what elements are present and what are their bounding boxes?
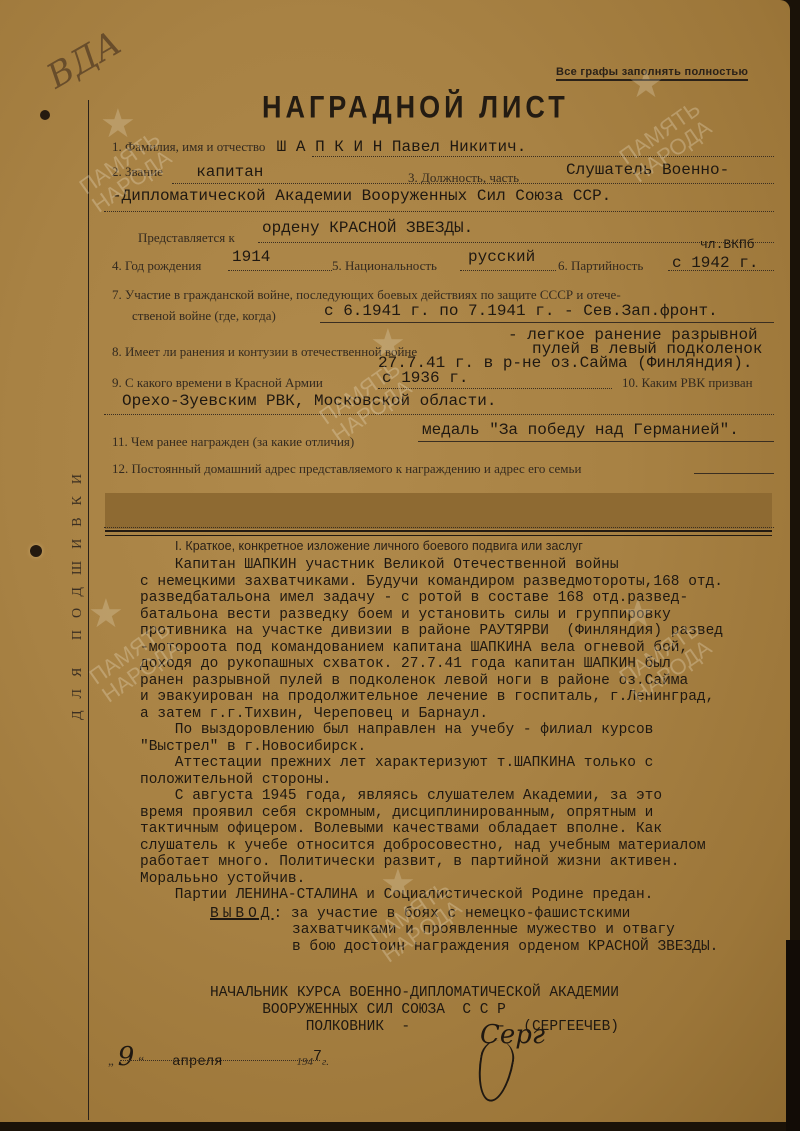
watermark-text: НАРОДА xyxy=(88,145,176,216)
field-value: -Дипломатической Академии Вооруженных Си… xyxy=(112,187,611,205)
field-label: 7. Участие в гражданской войне, последую… xyxy=(112,287,621,302)
field-position-continuation: -Дипломатической Академии Вооруженных Си… xyxy=(112,187,611,205)
field-value: с 6.1941 г. по 7.1941 г. - Сев.Зап.фронт… xyxy=(324,302,718,320)
body-line: "Выстрел" в г.Новосибирск. xyxy=(140,739,800,756)
body-line: Капитан ШАПКИН участник Великой Отечеств… xyxy=(140,557,800,574)
body-line: Аттестации прежних лет характеризуют т.Ш… xyxy=(140,755,800,772)
field-war-participation-value: с 6.1941 г. по 7.1941 г. - Сев.Зап.фронт… xyxy=(324,302,718,320)
field-value: Орехо-Зуевским РВК, Московской области. xyxy=(122,392,496,410)
field-label: 4. Год рождения xyxy=(112,258,201,273)
field-nationality: 5. Национальность xyxy=(332,258,437,274)
date-day: 9 xyxy=(118,1042,135,1072)
section-title: I. Краткое, конкретное изложение личного… xyxy=(175,539,583,553)
fill-line xyxy=(694,473,774,474)
conclusion-line: в бою достоин награждения орденом КРАСНО… xyxy=(292,939,800,956)
field-previous-awards: 11. Чем ранее награжден (за какие отличи… xyxy=(112,434,354,450)
fill-line xyxy=(172,183,774,184)
field-value: чл.ВКПб xyxy=(700,237,755,252)
fill-line xyxy=(120,1060,320,1061)
fill-line xyxy=(104,414,774,415)
field-label: ственой войне (где, когда) xyxy=(132,308,276,323)
page-title: НАГРАДНОЙ ЛИСТ xyxy=(262,90,569,126)
fill-line xyxy=(228,270,332,271)
body-line: противника на участке дивизии в районе Р… xyxy=(140,623,800,640)
field-birth-year-value: 1914 xyxy=(232,248,270,266)
date-g: г. xyxy=(322,1056,329,1068)
redacted-address xyxy=(105,493,772,529)
field-value: капитан xyxy=(196,163,263,181)
field-nominated-value: ордену КРАСНОЙ ЗВЕЗДЫ. xyxy=(262,219,473,237)
body-line: положительной стороны. xyxy=(140,772,800,789)
fill-line xyxy=(460,270,556,271)
fill-line xyxy=(104,527,774,528)
watermark-text: ПАМЯТЬ xyxy=(616,97,704,168)
body-line: Партии ЛЕНИНА-СТАЛИНА и Социалистической… xyxy=(140,887,800,904)
field-value: 1914 xyxy=(232,248,270,266)
body-line: Моралььно устойчив. xyxy=(140,871,800,888)
field-value: ордену КРАСНОЙ ЗВЕЗДЫ. xyxy=(262,219,473,237)
fill-line xyxy=(104,211,774,212)
date-quote: „ xyxy=(108,1053,114,1068)
instruction-note: Все графы заполнять полностью xyxy=(556,66,748,81)
body-line: По выздоровлению был направлен на учебу … xyxy=(140,722,800,739)
body-line: ранен разрывной пулей в подколенок левой… xyxy=(140,673,800,690)
body-line: и эвакуирован на продолжительное лечение… xyxy=(140,689,800,706)
handwritten-initials: ВДА xyxy=(40,23,128,97)
body-line: тактичным офицером. Волевыми качествами … xyxy=(140,821,800,838)
conclusion-colon: : xyxy=(274,906,291,922)
field-rank: 2. Звание капитан xyxy=(112,163,263,181)
body-line: время проявил себя скромным, дисциплинир… xyxy=(140,805,800,822)
body-line: -мотороота под командованием капитана ША… xyxy=(140,640,800,657)
field-nominated-for: Представляется к xyxy=(138,230,235,246)
body-line: С августа 1945 года, являясь слушателем … xyxy=(140,788,800,805)
fill-line xyxy=(668,270,774,271)
field-war-participation-2: ственой войне (где, когда) xyxy=(132,308,276,324)
field-label: 11. Чем ранее награжден (за какие отличи… xyxy=(112,434,354,449)
section-divider xyxy=(105,535,772,536)
field-full-name: 1. Фамилия, имя и отчество Ш А П К И Н П… xyxy=(112,138,526,156)
binding-margin-label: ДЛЯ ПОДШИВКИ xyxy=(70,462,86,720)
fill-line xyxy=(258,242,774,243)
field-position-value: Слушатель Военно- xyxy=(566,161,729,179)
body-line: с немецкими захватчиками. Будучи команди… xyxy=(140,574,800,591)
conclusion: ВЫВОД: за участие в боях с немецко-фашис… xyxy=(140,906,800,923)
field-nationality-value: русский xyxy=(468,248,535,266)
field-previous-awards-value: медаль "За победу над Германией". xyxy=(422,421,739,439)
field-draft-office-value: Орехо-Зуевским РВК, Московской области. xyxy=(122,392,496,410)
fill-line xyxy=(312,156,774,157)
field-label: 9. С какого времени в Красной Армии xyxy=(112,375,323,390)
field-label: 5. Национальность xyxy=(332,258,437,273)
field-draft-office: 10. Каким РВК призван xyxy=(622,375,753,391)
conclusion-label: ВЫВОД xyxy=(210,906,274,922)
field-label: 6. Партийность xyxy=(558,258,643,273)
field-home-address: 12. Постоянный домашний адрес представля… xyxy=(112,461,581,477)
date-year-suffix: 7 xyxy=(313,1048,322,1065)
date-year-prefix: 194 xyxy=(297,1056,314,1068)
field-label: 12. Постоянный домашний адрес представля… xyxy=(112,461,581,476)
field-value: русский xyxy=(468,248,535,266)
signature-block: НАЧАЛЬНИК КУРСА ВОЕННО-ДИПЛОМАТИЧЕСКОЙ А… xyxy=(210,985,619,1036)
field-war-participation: 7. Участие в гражданской войне, последую… xyxy=(112,287,621,303)
binding-hole xyxy=(40,110,50,120)
field-birth-year: 4. Год рождения xyxy=(112,258,201,274)
field-army-since-value: с 1936 г. xyxy=(382,369,468,387)
field-label: 2. Звание xyxy=(112,164,163,179)
merit-description: Капитан ШАПКИН участник Великой Отечеств… xyxy=(140,557,800,955)
conclusion-line: захватчиками и проявленные мужество и от… xyxy=(292,922,800,939)
signatory-title: НАЧАЛЬНИК КУРСА ВОЕННО-ДИПЛОМАТИЧЕСКОЙ А… xyxy=(210,985,619,1002)
date-line: „ 9 “ апреля 1947г. xyxy=(108,1042,329,1072)
field-value: Ш А П К И Н Павел Никитич. xyxy=(277,138,527,156)
field-label: 1. Фамилия, имя и отчество xyxy=(112,139,265,154)
field-wounds: 8. Имеет ли ранения и контузии в отечест… xyxy=(112,344,417,360)
fill-line xyxy=(378,388,612,389)
signatory-org: ВООРУЖЕННЫХ СИЛ СОЮЗА С С Р xyxy=(210,1002,619,1019)
fill-line xyxy=(418,441,774,442)
body-line: доходя до рукопашных схваток. 27.7.41 го… xyxy=(140,656,800,673)
field-label: 8. Имеет ли ранения и контузии в отечест… xyxy=(112,344,417,359)
binding-margin-line xyxy=(88,100,89,1120)
star-icon: ★ xyxy=(88,590,124,637)
body-line: батальона вести разведку боем и установи… xyxy=(140,607,800,624)
body-line: разведбатальона имел задачу - с ротой в … xyxy=(140,590,800,607)
field-party-top: чл.ВКПб xyxy=(700,236,755,252)
fill-line xyxy=(320,322,774,323)
field-value: Слушатель Военно- xyxy=(566,161,729,179)
field-value: медаль "За победу над Германией". xyxy=(422,421,739,439)
torn-edge xyxy=(786,940,800,1131)
section-divider xyxy=(105,530,772,532)
conclusion-line: за участие в боях с немецко-фашистскими xyxy=(291,906,630,922)
field-label: 10. Каким РВК призван xyxy=(622,375,753,390)
field-value: с 1936 г. xyxy=(382,369,468,387)
body-line: слушатель к учебе относится добросовестн… xyxy=(140,838,800,855)
body-line: работает много. Политически развит, в па… xyxy=(140,854,800,871)
binding-hole xyxy=(30,545,42,557)
field-party: 6. Партийность xyxy=(558,258,643,274)
award-sheet-paper: ВДА ДЛЯ ПОДШИВКИ Все графы заполнять пол… xyxy=(0,0,790,1122)
signatory-rank-name: ПОЛКОВНИК - - (СЕРГЕЕЧЕВ) xyxy=(210,1019,619,1036)
field-army-since: 9. С какого времени в Красной Армии xyxy=(112,375,323,391)
date-month: апреля xyxy=(172,1054,222,1070)
field-label: Представляется к xyxy=(138,230,235,245)
body-line: а затем г.г.Тихвин, Череповец и Барнаул. xyxy=(140,706,800,723)
